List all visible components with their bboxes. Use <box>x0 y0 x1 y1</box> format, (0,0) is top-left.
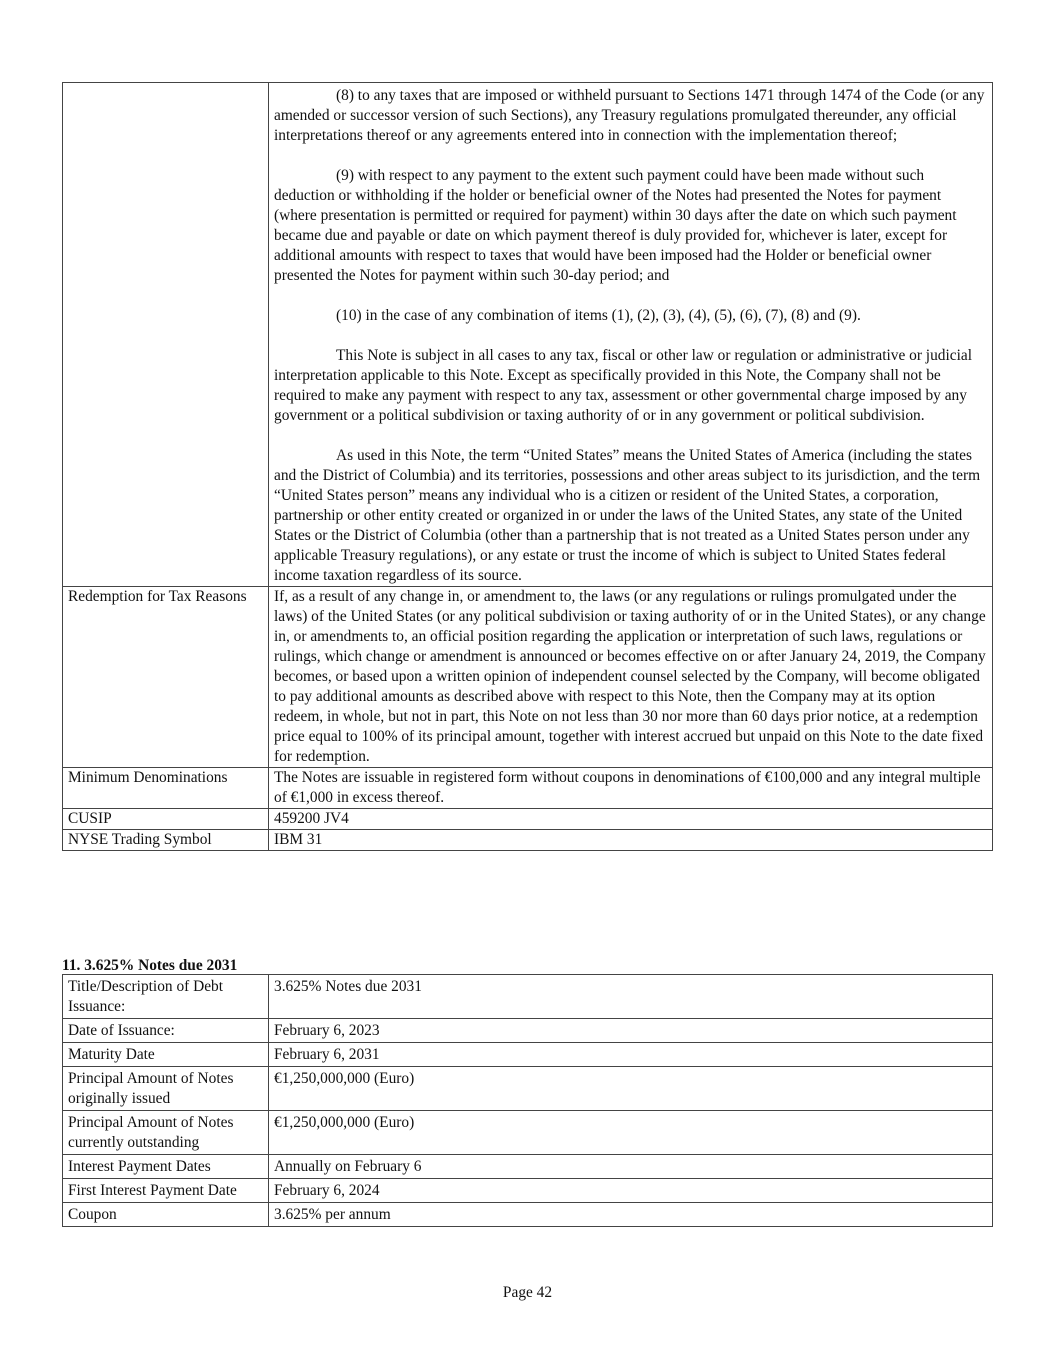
row-label: Date of Issuance: <box>63 1019 269 1043</box>
table-row: Minimum Denominations The Notes are issu… <box>63 768 993 809</box>
row-label: Interest Payment Dates <box>63 1155 269 1179</box>
paragraph-item-10: (10) in the case of any combination of i… <box>274 306 987 326</box>
table-row: Redemption for Tax Reasons If, as a resu… <box>63 587 993 768</box>
row-label: NYSE Trading Symbol <box>63 830 269 851</box>
table-row: Principal Amount of Notes originally iss… <box>63 1067 993 1111</box>
row-value: If, as a result of any change in, or ame… <box>269 587 993 768</box>
row-label: First Interest Payment Date <box>63 1179 269 1203</box>
table-row: Coupon 3.625% per annum <box>63 1203 993 1227</box>
row-label: Coupon <box>63 1203 269 1227</box>
section-heading: 11. 3.625% Notes due 2031 <box>62 956 237 976</box>
row-value: €1,250,000,000 (Euro) <box>269 1067 993 1111</box>
row-value: €1,250,000,000 (Euro) <box>269 1111 993 1155</box>
row-label: Principal Amount of Notes originally iss… <box>63 1067 269 1111</box>
row-label: Maturity Date <box>63 1043 269 1067</box>
table-row: (8) to any taxes that are imposed or wit… <box>63 83 993 587</box>
page-number: Page 42 <box>0 1283 1055 1303</box>
paragraph-tax-law: This Note is subject in all cases to any… <box>274 346 987 426</box>
row-value: IBM 31 <box>269 830 993 851</box>
row-value: February 6, 2031 <box>269 1043 993 1067</box>
table-row: First Interest Payment Date February 6, … <box>63 1179 993 1203</box>
paragraph-item-9: (9) with respect to any payment to the e… <box>274 166 987 286</box>
row-label: Minimum Denominations <box>63 768 269 809</box>
table-row: Title/Description of Debt Issuance: 3.62… <box>63 975 993 1019</box>
row-value: 3.625% per annum <box>269 1203 993 1227</box>
table-row: Interest Payment Dates Annually on Febru… <box>63 1155 993 1179</box>
row-label: Title/Description of Debt Issuance: <box>63 975 269 1019</box>
row-value: February 6, 2024 <box>269 1179 993 1203</box>
paragraph-item-8: (8) to any taxes that are imposed or wit… <box>274 86 987 146</box>
table-row: CUSIP 459200 JV4 <box>63 809 993 830</box>
table-row: NYSE Trading Symbol IBM 31 <box>63 830 993 851</box>
row-label: Principal Amount of Notes currently outs… <box>63 1111 269 1155</box>
table-row: Date of Issuance: February 6, 2023 <box>63 1019 993 1043</box>
row-value: 3.625% Notes due 2031 <box>269 975 993 1019</box>
notes-2031-table: Title/Description of Debt Issuance: 3.62… <box>62 974 993 1227</box>
row-value: February 6, 2023 <box>269 1019 993 1043</box>
table-row: Principal Amount of Notes currently outs… <box>63 1111 993 1155</box>
table-row: Maturity Date February 6, 2031 <box>63 1043 993 1067</box>
empty-label-cell <box>63 83 269 587</box>
continuation-cell: (8) to any taxes that are imposed or wit… <box>269 83 993 587</box>
tax-provisions-table: (8) to any taxes that are imposed or wit… <box>62 82 993 851</box>
row-value: The Notes are issuable in registered for… <box>269 768 993 809</box>
row-label: CUSIP <box>63 809 269 830</box>
row-label: Redemption for Tax Reasons <box>63 587 269 768</box>
row-value: Annually on February 6 <box>269 1155 993 1179</box>
row-value: 459200 JV4 <box>269 809 993 830</box>
paragraph-united-states-definition: As used in this Note, the term “United S… <box>274 446 987 586</box>
